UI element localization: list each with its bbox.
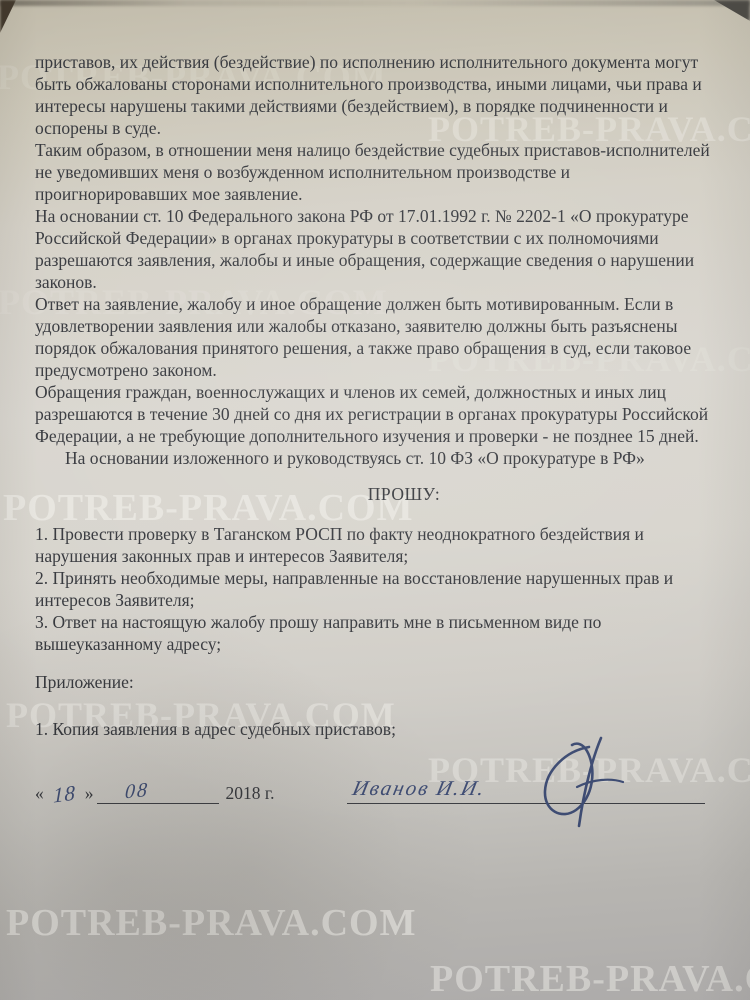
paragraph: приставов, их действия (бездействие) по …	[35, 51, 723, 139]
request-item: 2. Принять необходимые меры, направленны…	[35, 567, 723, 611]
close-quote: »	[85, 782, 94, 804]
document-photo: POTREB-PRAVA.COM POTREB-PRAVA.COM POTREB…	[0, 0, 750, 1000]
watermark-text: POTREB-PRAVA.COM	[6, 901, 416, 945]
handwritten-month: 08	[124, 779, 149, 804]
month-blank-line: 08	[97, 771, 219, 804]
watermark-text: POTREB-PRAVA.COM	[430, 957, 750, 1000]
date-signature-row: « 18 » 08 2018 г. Иванов И.И.	[35, 756, 723, 804]
paragraph: Ответ на заявление, жалобу и иное обраще…	[35, 293, 723, 381]
paragraph: На основании ст. 10 Федерального закона …	[35, 205, 723, 293]
open-quote: «	[35, 782, 44, 804]
page-text: приставов, их действия (бездействие) по …	[35, 51, 723, 804]
signature-line: Иванов И.И.	[347, 767, 705, 804]
paragraph: Таким образом, в отношении меня налицо б…	[35, 139, 723, 205]
handwritten-signature-name: Иванов И.И.	[351, 777, 488, 799]
photo-top-edge-shadow	[0, 0, 750, 6]
handwritten-day: 18	[53, 781, 76, 806]
request-items: 1. Провести проверку в Таганском РОСП по…	[35, 523, 723, 655]
photo-corner-top-right	[714, 0, 750, 21]
appendix-label: Приложение:	[35, 671, 723, 693]
photo-corner-top-left	[0, 0, 16, 33]
year-label: 2018 г.	[226, 782, 275, 804]
paragraph: На основании изложенного и руководствуяс…	[35, 447, 723, 469]
paragraph: Обращения граждан, военнослужащих и член…	[35, 381, 723, 447]
request-heading: ПРОШУ:	[60, 483, 748, 505]
request-item: 3. Ответ на настоящую жалобу прошу напра…	[35, 611, 723, 655]
request-item: 1. Провести проверку в Таганском РОСП по…	[35, 523, 723, 567]
signature-flourish-icon	[529, 737, 625, 829]
